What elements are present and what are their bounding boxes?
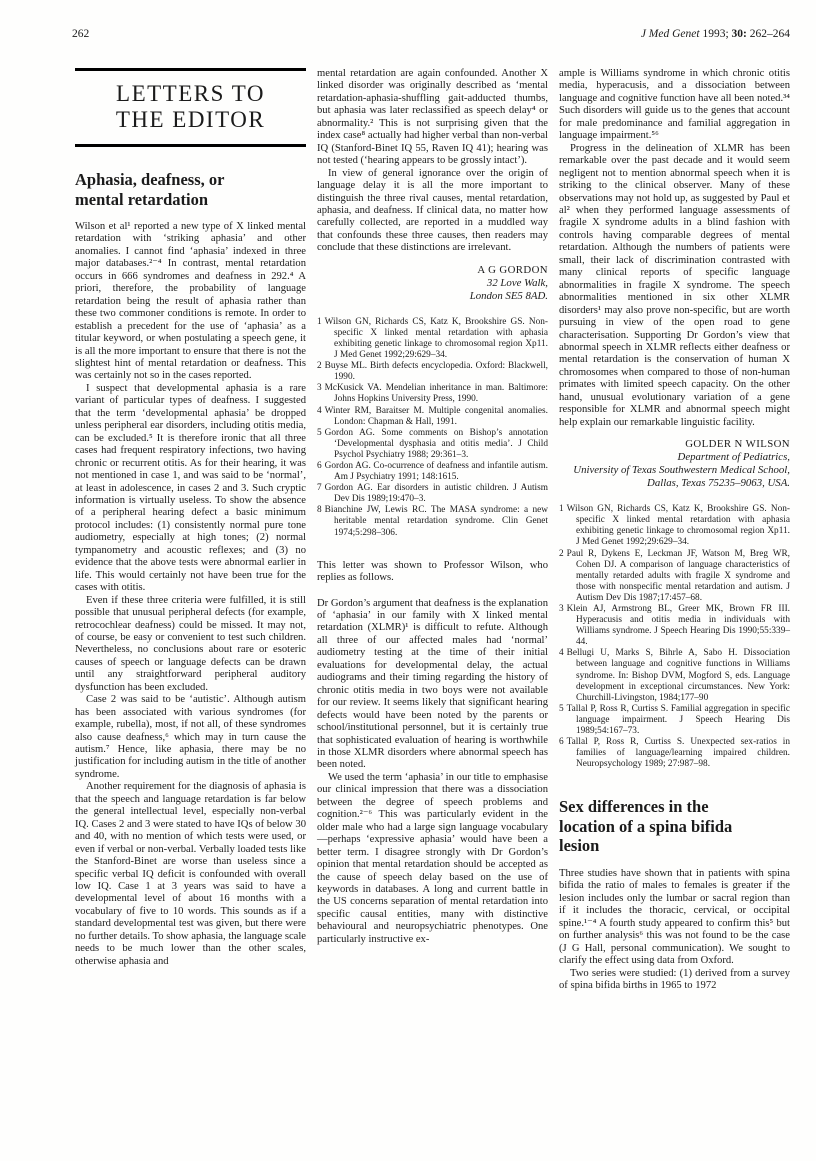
paragraph: I suspect that developmental aphasia is … xyxy=(75,383,306,595)
reference-item: 2Buyse ML. Birth defects encyclopedia. O… xyxy=(317,361,548,383)
reply-intro: This letter was shown to Professor Wilso… xyxy=(317,560,548,585)
ref-number: 4 xyxy=(317,406,322,416)
reference-item: 8Bianchine JW, Lewis RC. The MASA syndro… xyxy=(317,505,548,538)
letter1-body-col1: Wilson et al¹ reported a new type of X l… xyxy=(75,221,306,968)
signature-name: A G GORDON xyxy=(317,264,548,277)
reference-item: 3McKusick VA. Mendelian inheritance in m… xyxy=(317,383,548,405)
ref-text: Gordon AG. Some comments on Bishop’s ann… xyxy=(325,428,548,460)
ref-number: 2 xyxy=(317,361,322,371)
paragraph: mental retardation are again confounded.… xyxy=(317,68,548,168)
reference-item: 5Gordon AG. Some comments on Bishop’s an… xyxy=(317,428,548,461)
paragraph: Dr Gordon’s argument that deafness is th… xyxy=(317,598,548,772)
ref-text: Winter RM, Baraitser M. Multiple congeni… xyxy=(325,406,548,427)
signature-address: Dallas, Texas 75235–9063, USA. xyxy=(559,477,790,490)
letter2-title-line3: lesion xyxy=(559,836,790,856)
letter1-title-line2: mental retardation xyxy=(75,190,306,210)
journal-volume: 30: xyxy=(732,28,747,40)
ref-number: 3 xyxy=(317,383,322,393)
ref-text: Paul R, Dykens E, Leckman JF, Watson M, … xyxy=(567,549,790,603)
letter1-reference-list: 1Wilson GN, Richards CS, Katz K, Brooksh… xyxy=(317,317,548,539)
reference-item: 6Tallal P, Ross R, Curtiss S. Unexpected… xyxy=(559,737,790,770)
ref-number: 5 xyxy=(559,704,564,714)
journal-name: J Med Genet xyxy=(641,28,700,40)
ref-number: 1 xyxy=(317,317,322,327)
letter2-title-line2: location of a spina bifida xyxy=(559,817,790,837)
reference-item: 6Gordon AG. Co-ocurrence of deafness and… xyxy=(317,461,548,483)
page-header: 262 J Med Genet 1993; 30: 262–264 xyxy=(72,28,790,41)
signature-address: 32 Love Walk, xyxy=(317,277,548,290)
paragraph: ample is Williams syndrome in which chro… xyxy=(559,68,790,143)
reference-item: 1Wilson GN, Richards CS, Katz K, Brooksh… xyxy=(317,317,548,361)
paragraph: Case 2 was said to be ‘autistic’. Althou… xyxy=(75,694,306,781)
column-middle: mental retardation are again confounded.… xyxy=(317,68,548,992)
journal-page: 262 J Med Genet 1993; 30: 262–264 LETTER… xyxy=(0,0,816,1161)
reference-item: 7Gordon AG. Ear disorders in autistic ch… xyxy=(317,483,548,505)
reference-item: 1Wilson GN, Richards CS, Katz K, Brooksh… xyxy=(559,504,790,548)
ref-text: Klein AJ, Armstrong BL, Greer MK, Brown … xyxy=(567,604,790,647)
ref-text: McKusick VA. Mendelian inheritance in ma… xyxy=(325,383,548,404)
column-left: LETTERS TO THE EDITOR Aphasia, deafness,… xyxy=(75,68,306,992)
ref-number: 2 xyxy=(559,549,564,559)
journal-citation: J Med Genet 1993; 30: 262–264 xyxy=(641,28,790,41)
ref-number: 5 xyxy=(317,428,322,438)
ref-text: Bianchine JW, Lewis RC. The MASA syndrom… xyxy=(325,505,548,537)
signature-address: University of Texas Southwestern Medical… xyxy=(559,464,790,477)
paragraph: We used the term ‘aphasia’ in our title … xyxy=(317,772,548,946)
paragraph: Two series were studied: (1) derived fro… xyxy=(559,968,790,993)
letter1-signature: A G GORDON 32 Love Walk, London SE5 8AD. xyxy=(317,264,548,303)
journal-year: 1993; xyxy=(702,28,728,40)
ref-text: Wilson GN, Richards CS, Katz K, Brookshi… xyxy=(567,504,790,547)
paragraph: In view of general ignorance over the or… xyxy=(317,168,548,255)
ref-number: 4 xyxy=(559,648,564,658)
ref-number: 6 xyxy=(559,737,564,747)
ref-text: Wilson GN, Richards CS, Katz K, Brookshi… xyxy=(325,317,548,360)
ref-text: Gordon AG. Ear disorders in autistic chi… xyxy=(325,483,548,504)
ref-number: 3 xyxy=(559,604,564,614)
column-right: ample is Williams syndrome in which chro… xyxy=(559,68,790,992)
ref-text: Tallal P, Ross R, Curtiss S. Unexpected … xyxy=(567,737,790,769)
reference-item: 4Winter RM, Baraitser M. Multiple congen… xyxy=(317,406,548,428)
ref-number: 1 xyxy=(559,504,564,514)
ref-text: Tallal P, Ross R, Curtiss S. Familial ag… xyxy=(567,704,790,736)
paragraph: Wilson et al¹ reported a new type of X l… xyxy=(75,221,306,383)
ref-text: Bellugi U, Marks S, Bihrle A, Sabo H. Di… xyxy=(567,648,790,702)
reference-item: 2Paul R, Dykens E, Leckman JF, Watson M,… xyxy=(559,549,790,604)
masthead-title-line2: THE EDITOR xyxy=(75,107,306,133)
reply-signature: GOLDER N WILSON Department of Pediatrics… xyxy=(559,438,790,490)
reference-item: 5Tallal P, Ross R, Curtiss S. Familial a… xyxy=(559,704,790,737)
reply-reference-list: 1Wilson GN, Richards CS, Katz K, Brooksh… xyxy=(559,504,790,770)
ref-text: Gordon AG. Co-ocurrence of deafness and … xyxy=(325,461,548,482)
reply-body-col3: ample is Williams syndrome in which chro… xyxy=(559,68,790,429)
reference-item: 4Bellugi U, Marks S, Bihrle A, Sabo H. D… xyxy=(559,648,790,703)
page-number: 262 xyxy=(72,28,89,41)
paragraph: Progress in the delineation of XLMR has … xyxy=(559,143,790,429)
paragraph: Another requirement for the diagnosis of… xyxy=(75,781,306,968)
letter2-title-line1: Sex differences in the xyxy=(559,797,790,817)
letter2-title: Sex differences in the location of a spi… xyxy=(559,797,790,856)
journal-pages: 262–264 xyxy=(750,28,790,40)
letter1-title: Aphasia, deafness, or mental retardation xyxy=(75,170,306,209)
masthead-title-line1: LETTERS TO xyxy=(75,81,306,107)
letter1-body-col2: mental retardation are again confounded.… xyxy=(317,68,548,255)
letter1-title-line1: Aphasia, deafness, or xyxy=(75,170,306,190)
signature-address: London SE5 8AD. xyxy=(317,290,548,303)
ref-text: Buyse ML. Birth defects encyclopedia. Ox… xyxy=(325,361,548,382)
reply-body-col2: Dr Gordon’s argument that deafness is th… xyxy=(317,598,548,947)
ref-number: 7 xyxy=(317,483,322,493)
paragraph: Three studies have shown that in patient… xyxy=(559,868,790,968)
paragraph: Even if these three criteria were fulfil… xyxy=(75,595,306,695)
ref-number: 6 xyxy=(317,461,322,471)
letter2-body: Three studies have shown that in patient… xyxy=(559,868,790,993)
columns: LETTERS TO THE EDITOR Aphasia, deafness,… xyxy=(75,68,790,992)
signature-name: GOLDER N WILSON xyxy=(559,438,790,451)
masthead: LETTERS TO THE EDITOR xyxy=(75,68,306,147)
reference-item: 3Klein AJ, Armstrong BL, Greer MK, Brown… xyxy=(559,604,790,648)
signature-address: Department of Pediatrics, xyxy=(559,451,790,464)
ref-number: 8 xyxy=(317,505,322,515)
